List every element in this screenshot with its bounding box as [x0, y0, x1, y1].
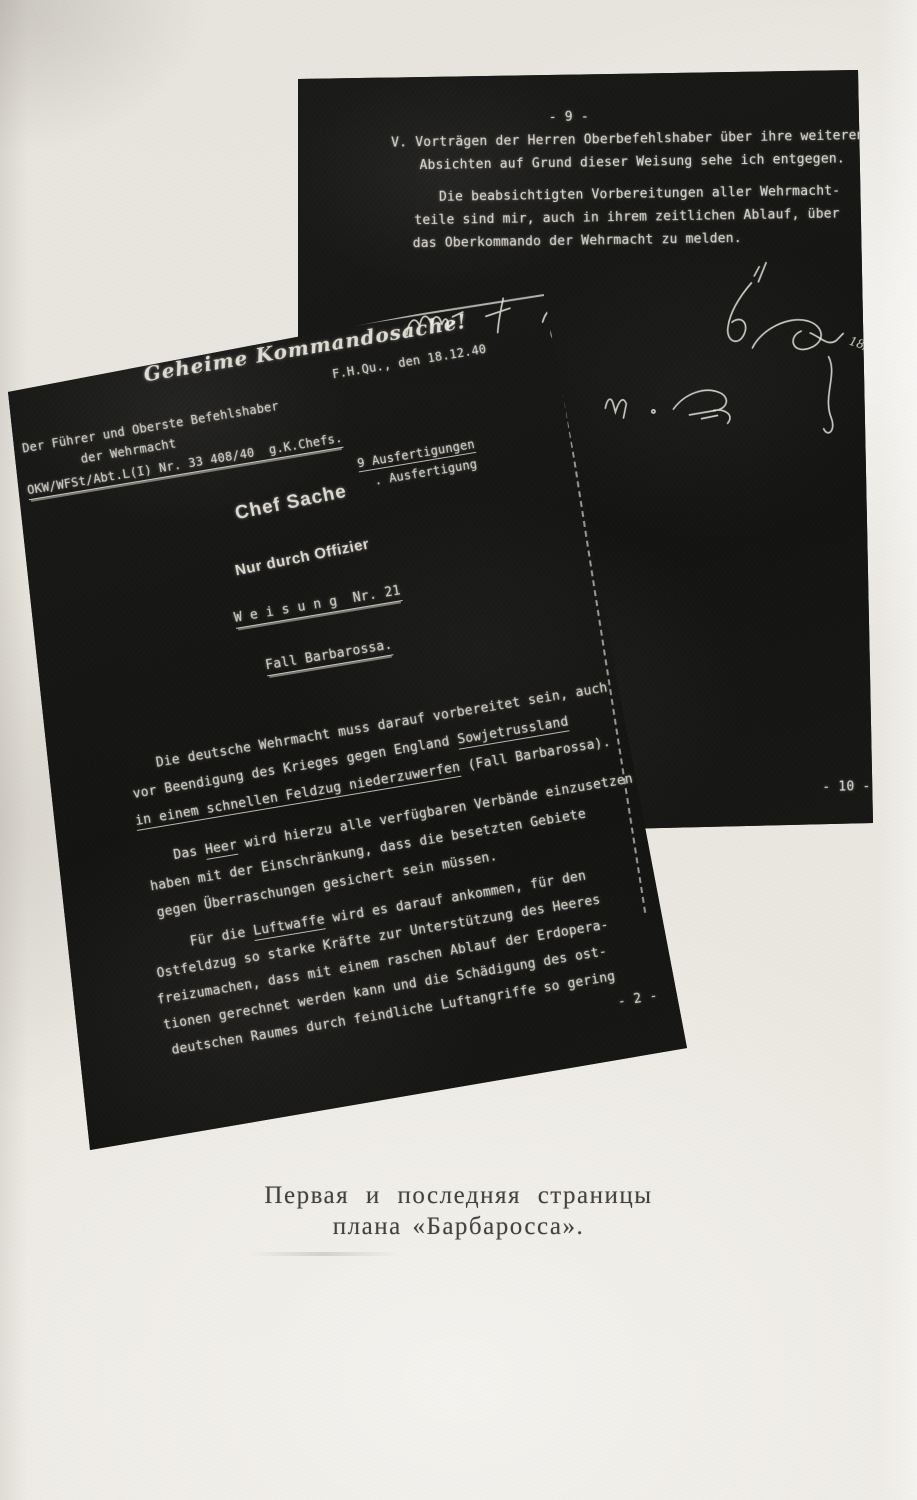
directive-subtitle: Fall Barbarossa. — [264, 637, 393, 673]
stamp-line2: Nur durch Offizier — [196, 528, 409, 587]
paper-smudge — [248, 1252, 398, 1256]
photo-caption: Первая и последняя страницы плана «Барба… — [0, 1182, 917, 1241]
page-number-top: - 9 - — [549, 109, 589, 125]
stamp-line1: Chef Sache — [184, 471, 398, 535]
signature-date: 18/12 — [847, 334, 884, 358]
signatures-handwriting: 18/12 — [591, 236, 895, 511]
section-v-line1: V. Vorträgen der Herren Oberbefehlshaber… — [391, 128, 865, 150]
section-v-line2: Absichten auf Grund dieser Weisung sehe … — [419, 151, 845, 173]
book-photo-page: - 9 - V. Vorträgen der Herren Oberbefehl… — [0, 0, 917, 1500]
caption-line2: плана «Барбаросса». — [0, 1213, 917, 1241]
closing-line2: teile sind mir, auch in ihrem zeitlichen… — [414, 207, 840, 229]
page-number: - 2 - — [617, 988, 659, 1009]
caption-line1: Первая и последняя страницы — [0, 1182, 917, 1210]
page-number-bottom: - 10 - — [822, 779, 870, 795]
closing-line1: Die beabsichtigten Vorbereitungen aller … — [439, 183, 841, 204]
